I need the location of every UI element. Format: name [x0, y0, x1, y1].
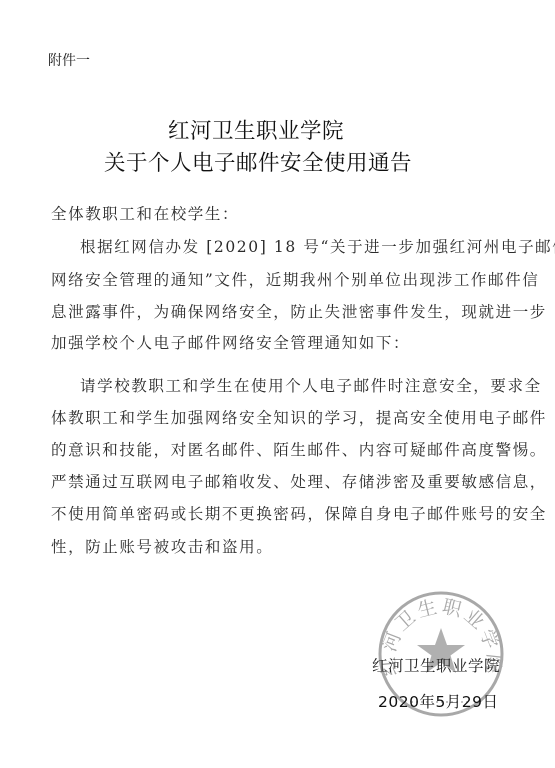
- paragraph-line: 根据红网信办发 [2020] 18 号“关于进一步加强红河州电子邮件: [80, 235, 555, 257]
- attachment-label: 附件一: [48, 50, 90, 70]
- paragraph-line: 息泄露事件，为确保网络安全，防止失泄密事件发生，现就进一步: [51, 300, 547, 322]
- signature-institution: 红河卫生职业学院: [372, 654, 500, 676]
- paragraph-line: 性，防止账号被攻击和盗用。: [51, 535, 273, 557]
- paragraph-line: 的意识和技能，对匿名邮件、陌生邮件、内容可疑邮件高度警惕。: [51, 438, 547, 460]
- paragraph-line: 加强学校个人电子邮件网络安全管理通知如下：: [51, 331, 410, 353]
- paragraph-line: 体教职工和学生加强网络安全知识的学习，提高安全使用电子邮件: [51, 406, 547, 428]
- paragraph-line: 网络安全管理的通知”文件，近期我州个别单位出现涉工作邮件信: [51, 268, 539, 290]
- title-notice-name: 关于个人电子邮件安全使用通告: [2, 146, 514, 177]
- paragraph-line: 不使用简单密码或长期不更换密码，保障自身电子邮件账号的安全: [51, 502, 547, 524]
- title-school-name: 红河卫生职业学院: [0, 114, 512, 145]
- paragraph-line: 请学校教职工和学生在使用个人电子邮件时注意安全，要求全: [80, 374, 542, 396]
- paragraph-line: 严禁通过互联网电子邮箱收发、处理、存储涉密及重要敏感信息，: [51, 470, 547, 492]
- signature-date: 2020年5月29日: [378, 690, 499, 712]
- greeting: 全体教职工和在校学生：: [51, 202, 239, 224]
